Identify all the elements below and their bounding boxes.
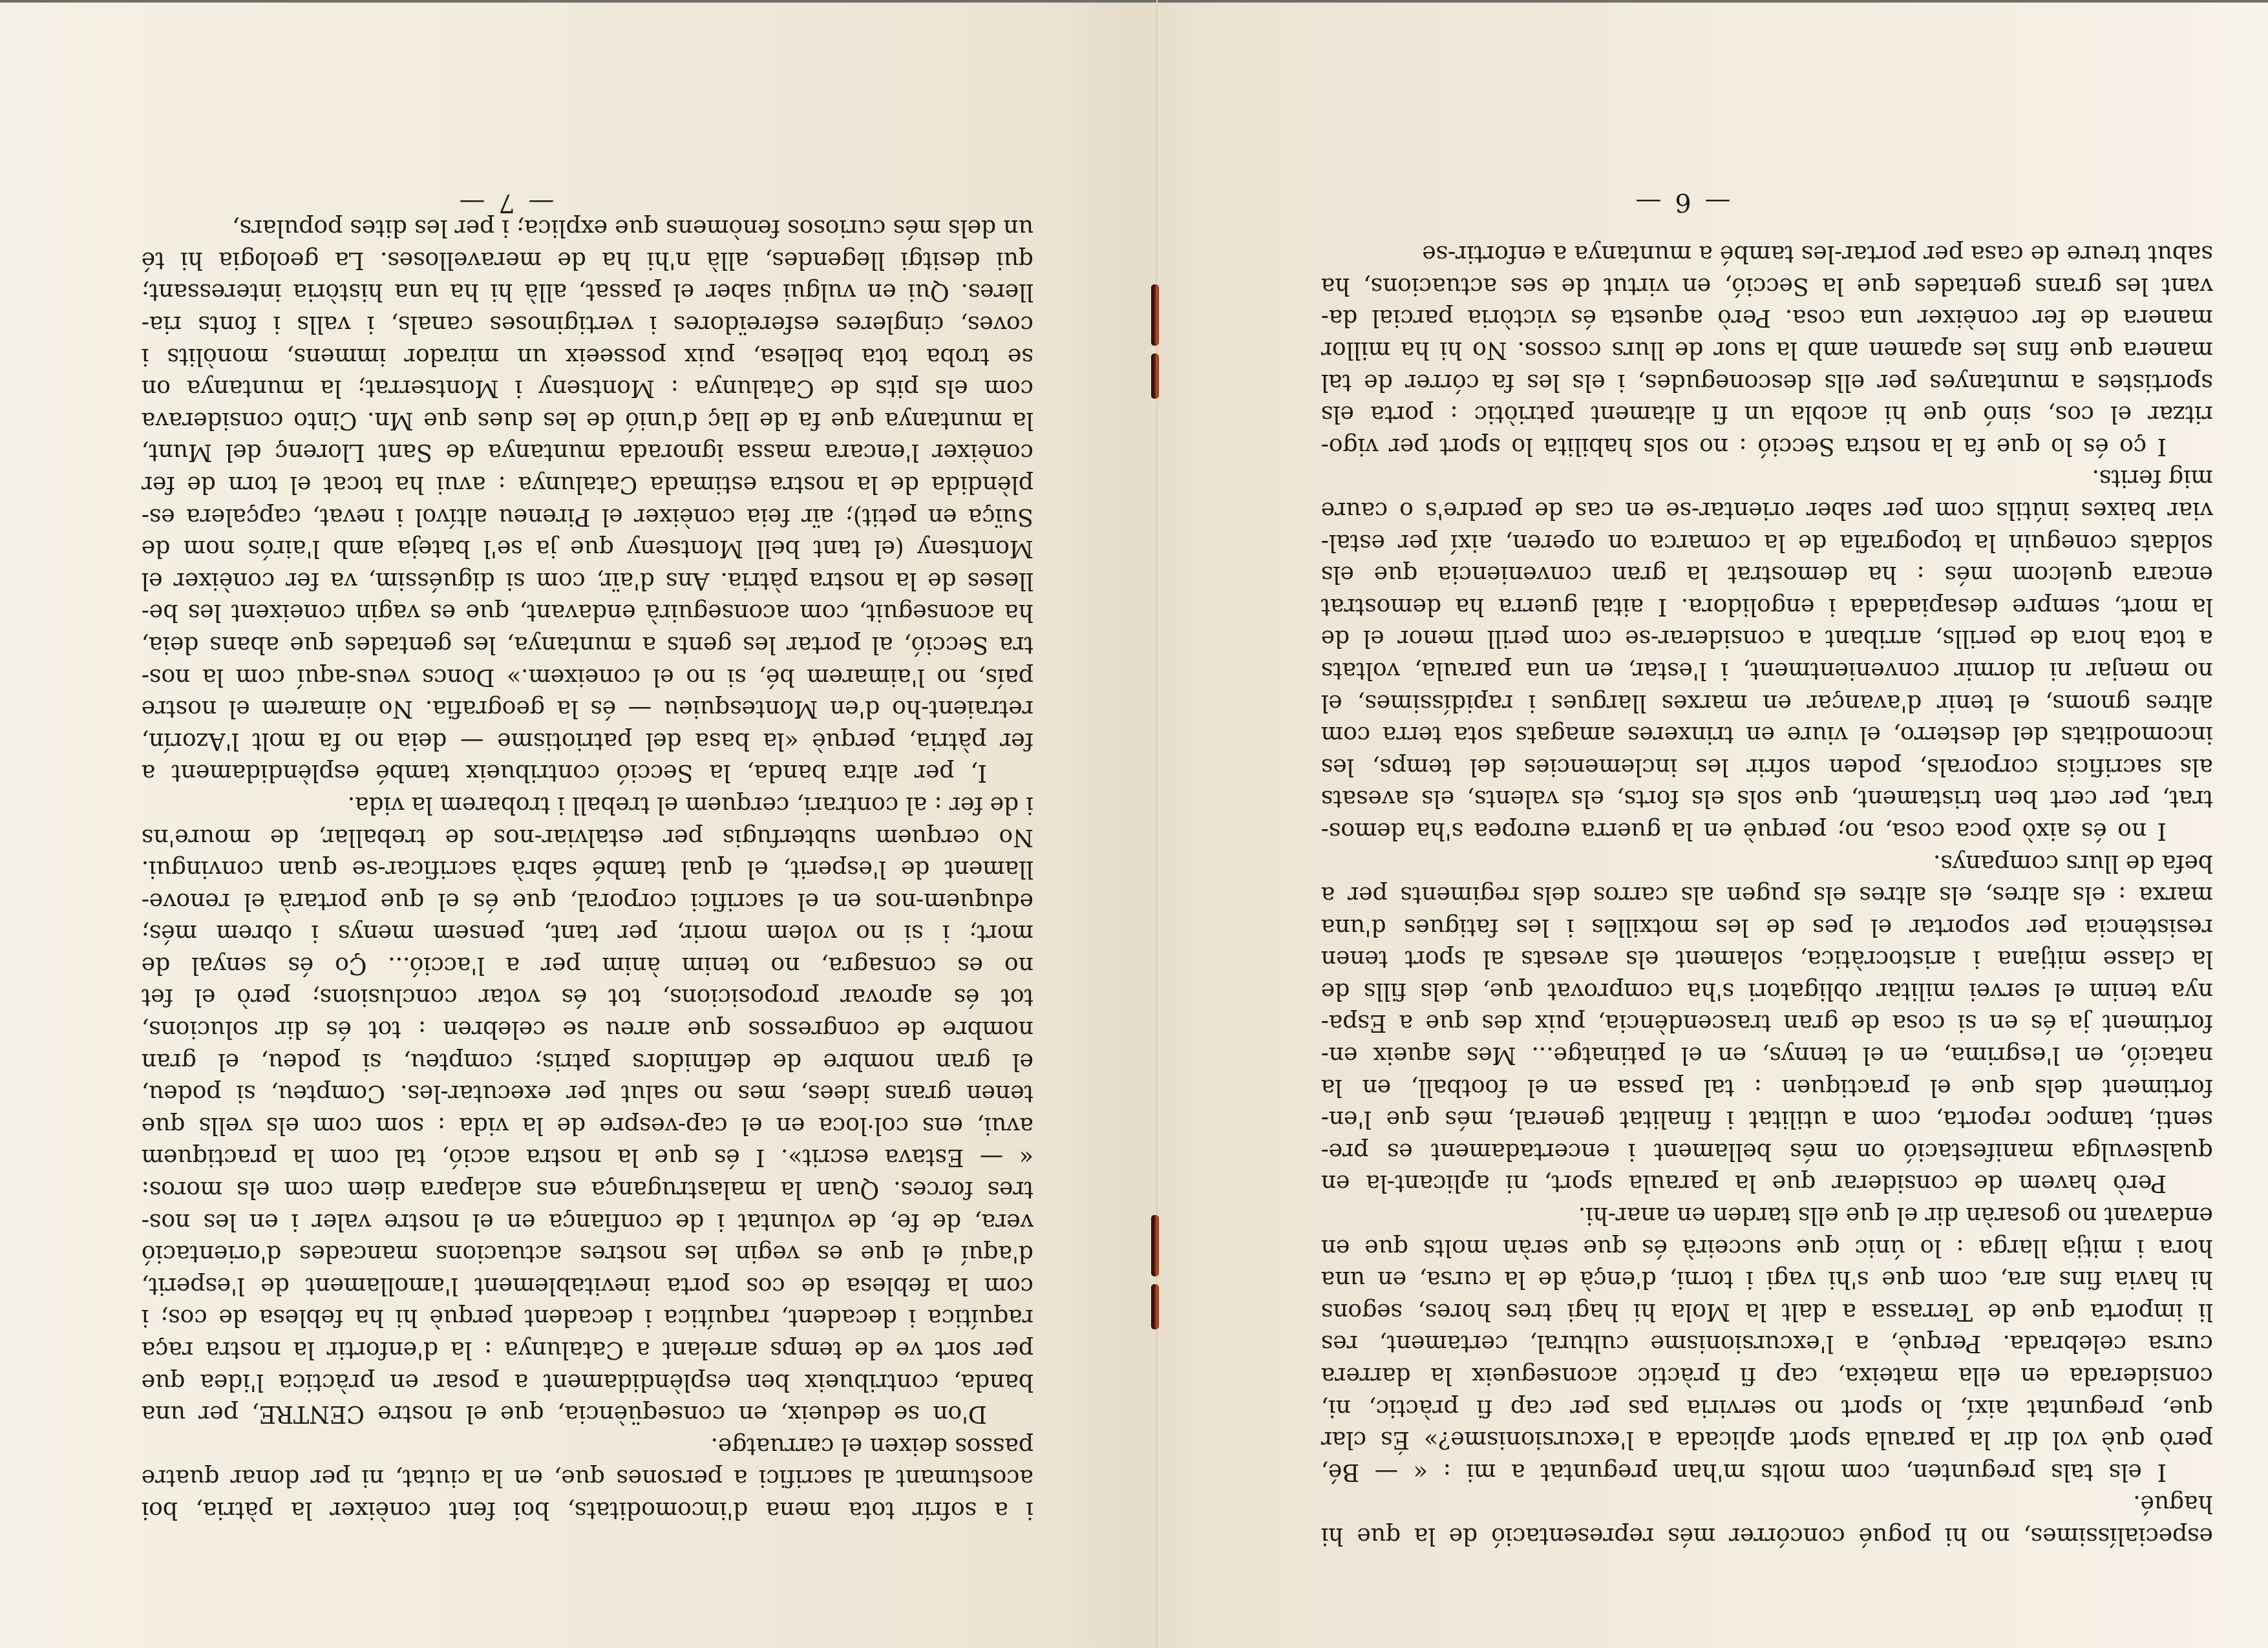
text-line: se troba tota bellesa, puix posseeix un … (142, 341, 1033, 373)
text-line: li importa que de Terrassa a dalt la Mol… (1321, 1296, 2213, 1328)
text-line: coves, cingleres esfereïdores i vertigin… (142, 308, 1033, 341)
text-line: viar baixes inútils com per saber orient… (1321, 494, 2213, 527)
text-line: qui desitgi llegendes, allà n'hi ha de m… (142, 244, 1033, 277)
text-line: Suïça en petit); aïr feia conèixer el Pi… (142, 501, 1033, 533)
text-line: conèixer l'encara massa ignorada muntany… (142, 437, 1033, 469)
text-line: hi havia fins ara, com que s'hi vagi i t… (1321, 1264, 2213, 1296)
text-line: plèndida de la nostra estimada Catalunya… (142, 469, 1033, 501)
text-line: endavant no gosaràn dir el que ells tard… (1321, 1199, 2213, 1232)
text-line: banda, contribueix ben esplèndidament a … (142, 1366, 1033, 1399)
text-line: retraient-ho d'en Montesquieu — és la ge… (142, 693, 1033, 726)
text-line: passos deixen el carruatge. (142, 1430, 1033, 1463)
text-line: altres gnoms, el tenir d'avançar en marx… (1321, 687, 2213, 719)
text-line: no menjar ni dormir convenientment, i l'… (1321, 655, 2213, 687)
text-line: per sort ve de temps arrelant a Cataluny… (142, 1334, 1033, 1366)
text-line: fortiment ja és en si cosa de gran trasc… (1321, 1008, 2213, 1040)
text-line: avui, ens col·loca en el cap-vespre de l… (142, 1110, 1033, 1142)
text-line: I no és això poca cosa, no; perquè en la… (1321, 815, 2213, 847)
page-6: especialíssimes, no hi pogué concórrer m… (1134, 0, 2268, 1648)
text-line: i de fer : al contrari, cerquem el treba… (142, 789, 1033, 821)
text-line: befa de llurs companys. (1321, 847, 2213, 880)
text-line: sabut treure de casa per portar-les tamb… (1321, 238, 2213, 271)
text-line: lleres. Qui en vulgui saber el passat, a… (142, 277, 1033, 309)
text-line: acostumant al sacrifici a persones que, … (142, 1463, 1033, 1495)
text-line: marxa : els altres, els altres els pugen… (1321, 880, 2213, 912)
text-line: manera que fins les apamen amb la suor d… (1321, 334, 2213, 366)
text-line: la classe mitjana i aristocràtica, solam… (1321, 944, 2213, 976)
text-line: nombre de congressos que arreu se celebr… (142, 1014, 1033, 1046)
text-line: tra Secció, al portar les gents a muntan… (142, 629, 1033, 661)
text-line: No cerquem subterfugis per estalviar-nos… (142, 821, 1033, 854)
text-line: tres forces. Quan la malastrugança ens a… (142, 1174, 1033, 1206)
text-line: ha aconseguit, com aconseguirà endavant,… (142, 597, 1033, 629)
text-line: nya tenim el servei militar obligatori s… (1321, 975, 2213, 1008)
page-number-6: — 6 — (1115, 187, 2249, 217)
page-number-7: — 7 — (0, 188, 1072, 218)
text-line: trat, per cert ben tristament, que sols … (1321, 783, 2213, 816)
text-line: considerada en ella mateixa, cap fi pràc… (1321, 1360, 2213, 1392)
text-line: I ço és lo que fa la nostra Secció : no … (1321, 430, 2213, 463)
text-line: ritzar el cos, sinó que hi acobla un fi … (1321, 399, 2213, 431)
text-line: mort; i si no volem morir, per tant, pen… (142, 918, 1033, 950)
text-line: sportistes a muntanyes per ells desconeg… (1321, 366, 2213, 399)
text-line: incomoditats del desterro, el viure en t… (1321, 719, 2213, 752)
text-line: cursa celebrada. Perquè, a l'excursionis… (1321, 1328, 2213, 1360)
text-line: hagué. (1321, 1488, 2213, 1521)
text-line: a tota hora de perills, arribant a consi… (1321, 623, 2213, 655)
text-line: vera, de fe, de voluntat i de confiança … (142, 1206, 1033, 1238)
text-line: la mort, sempre desapiadada i engolidora… (1321, 591, 2213, 623)
text-line: especialíssimes, no hi pogué concórrer m… (1321, 1520, 2213, 1552)
text-line: mig ferits. (1321, 463, 2213, 495)
text-line: la muntanya que fa de llaç d'unió de les… (142, 405, 1033, 437)
text-line: manera de fer conèixer una cosa. Però aq… (1321, 302, 2213, 335)
text-line: natació, en l'esgrima, en el tennys, en … (1321, 1040, 2213, 1072)
text-line: tenen grans idees, mes no salut per exec… (142, 1078, 1033, 1110)
text-line: Però havem de considerar que la paraula … (1321, 1168, 2213, 1200)
text-line: però què vol dir la paraula sport aplica… (1321, 1424, 2213, 1457)
page-7: i a sofrir tota mena d'incomoditats, boi… (0, 0, 1134, 1648)
text-line: resistència per soportar el pes de les m… (1321, 911, 2213, 944)
text-line: fortiment dels que el practiquen : tal p… (1321, 1072, 2213, 1104)
text-line: senti, tampoc reporta, com a utilitat i … (1321, 1104, 2213, 1136)
text-line: llament de l'esperit, el qual també sabr… (142, 854, 1033, 886)
text-line: d'aquí el que es vegin les nostres actua… (142, 1238, 1033, 1271)
text-line: « — Estava escrit». I és que la nostra a… (142, 1142, 1033, 1174)
text-line: país, no l'aimarem bé, si no el coneixem… (142, 661, 1033, 693)
text-line: raquítica i decadent, raquítica i decade… (142, 1302, 1033, 1335)
text-line: tot és aprovar proposicions, tot és vota… (142, 982, 1033, 1014)
text-line: hora i mitja llarga : lo únic que succei… (1321, 1232, 2213, 1264)
text-line: I els tals pregunten, com molts m'han pr… (1321, 1456, 2213, 1488)
text-line: D'on se dedueix, en conseqüència, que el… (142, 1399, 1033, 1431)
text-line: eduquem-nos en el sacrifici corporal, qu… (142, 885, 1033, 918)
text-line: no es consagra, no tenim ànim per a l'ac… (142, 949, 1033, 982)
text-line: encara quelcom més : ha demostrat la gra… (1321, 559, 2213, 591)
text-line: com els pits de Catalunya : Montseny i M… (142, 373, 1033, 405)
text-line: fer pàtria, perquè «la basa del patrioti… (142, 725, 1033, 757)
text-line: com la feblesa de cos porta inevitableme… (142, 1270, 1033, 1302)
staple-bottom (1149, 1215, 1161, 1329)
staple-top (1149, 284, 1161, 399)
text-line: lleses de la nostra pàtria. Ans d'aïr, c… (142, 565, 1033, 597)
text-line: i a sofrir tota mena d'incomoditats, boi… (142, 1494, 1033, 1527)
text-line: als sacrificis corporals, poden sofrir l… (1321, 751, 2213, 783)
page-6-text: especialíssimes, no hi pogué concórrer m… (1321, 238, 2213, 1552)
text-line: I, per altra banda, la Secció contribuei… (142, 757, 1033, 790)
text-line: que, preguntat així, lo sport no serviri… (1321, 1392, 2213, 1424)
text-line: soldats coneguin la topografia de la com… (1321, 527, 2213, 559)
page-7-text: i a sofrir tota mena d'incomoditats, boi… (142, 213, 1033, 1527)
text-line: Montseny (el tant bell Montseny que ja s… (142, 533, 1033, 565)
text-line: el gran nombre de definidors patris; com… (142, 1046, 1033, 1078)
text-line: qualsevulga manifestació on més bellamen… (1321, 1136, 2213, 1168)
scanned-booklet-spread: i a sofrir tota mena d'incomoditats, boi… (0, 0, 2268, 1648)
text-line: vant les grans gentades que la Secció, e… (1321, 270, 2213, 302)
